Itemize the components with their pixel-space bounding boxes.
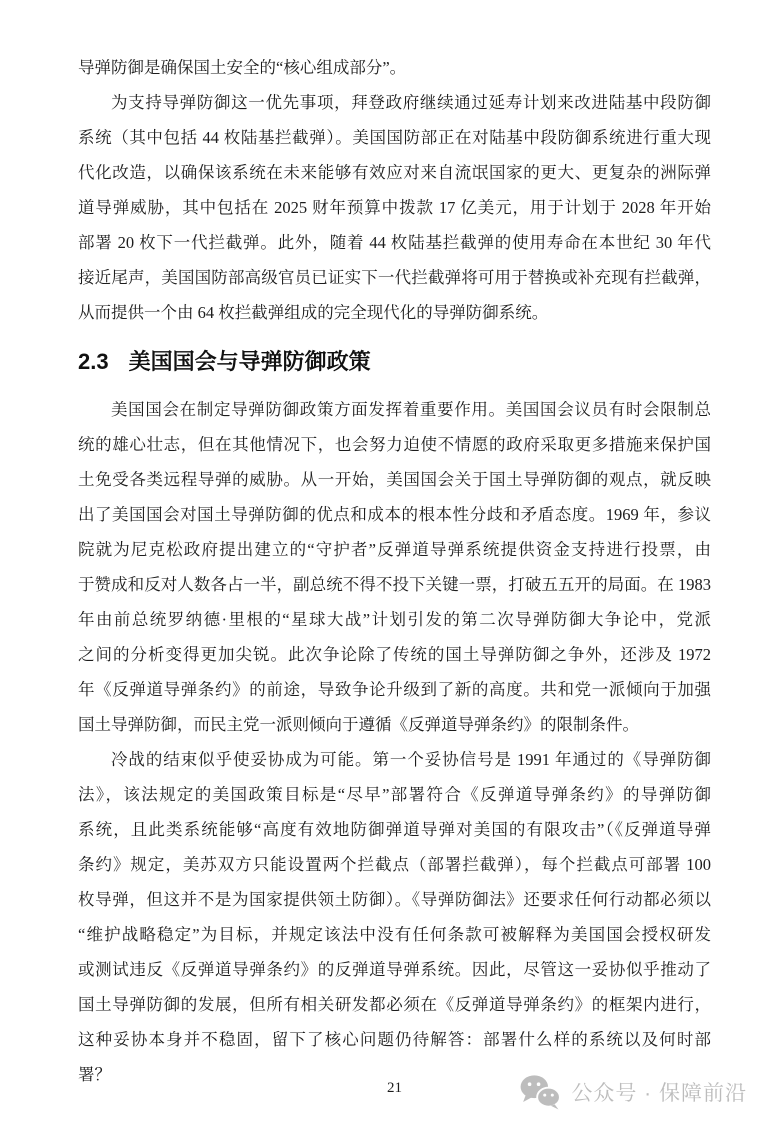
paragraph-cold-war-compromise: 冷战的结束似乎使妥协成为可能。第一个妥协信号是 1991 年通过的《导弹防御法》…	[78, 742, 711, 1092]
watermark: 公众号 · 保障前沿	[519, 1074, 747, 1110]
text-line: 年《反弹道导弹条约》的前途，导致争论升级到了新的高度。共和党一派倾向于加强	[78, 672, 711, 707]
text-line: 院就为尼克松政府提出建立的“守护者”反弹道导弹系统提供资金支持进行投票，由	[78, 532, 711, 567]
text-line: 代化改造，以确保该系统在未来能够有效应对来自流氓国家的更大、更复杂的洲际弹	[78, 155, 711, 190]
text-line: 出了美国国会对国土导弹防御的优点和成本的根本性分歧和矛盾态度。1969 年，参议	[78, 497, 711, 532]
text-line: 于赞成和反对人数各占一半，副总统不得不投下关键一票，打破五五开的局面。在 198…	[78, 567, 711, 602]
text-line: “维护战略稳定”为目标，并规定该法中没有任何条款可被解释为美国国会授权研发	[78, 917, 711, 952]
text-line: 条约》规定，美苏双方只能设置两个拦截点（部署拦截弹），每个拦截点可部署 100	[78, 847, 711, 882]
watermark-text: 公众号 · 保障前沿	[571, 1077, 747, 1107]
text-line: 系统，且此类系统能够“高度有效地防御弹道导弹对美国的有限攻击”（《反弹道导弹	[78, 812, 711, 847]
text-line: 导弹防御是确保国土安全的“核心组成部分”。	[78, 50, 711, 85]
text-line: 或测试违反《反弹道导弹条约》的反弹道导弹系统。因此，尽管这一妥协似乎推动了	[78, 952, 711, 987]
text-line: 之间的分析变得更加尖锐。此次争论除了传统的国土导弹防御之争外，还涉及 1972	[78, 637, 711, 672]
text-line: 国土导弹防御的发展，但所有相关研发都必须在《反弹道导弹条约》的框架内进行，	[78, 987, 711, 1022]
paragraph-congress-role: 美国国会在制定导弹防御政策方面发挥着重要作用。美国国会议员有时会限制总统的雄心壮…	[78, 392, 711, 742]
text-line: 冷战的结束似乎使妥协成为可能。第一个妥协信号是 1991 年通过的《导弹防御	[78, 742, 711, 777]
text-line: 为支持导弹防御这一优先事项，拜登政府继续通过延寿计划来改进陆基中段防御	[78, 85, 711, 120]
text-line: 这种妥协本身并不稳固，留下了核心问题仍待解答：部署什么样的系统以及何时部	[78, 1022, 711, 1057]
wechat-icon	[519, 1074, 561, 1110]
text-line: 土免受各类远程导弹的威胁。从一开始，美国国会关于国土导弹防御的观点，就反映	[78, 462, 711, 497]
text-line: 美国国会在制定导弹防御政策方面发挥着重要作用。美国国会议员有时会限制总	[78, 392, 711, 427]
text-line: 国土导弹防御，而民主党一派则倾向于遵循《反弹道导弹条约》的限制条件。	[78, 707, 711, 742]
text-line: 从而提供一个由 64 枚拦截弹组成的完全现代化的导弹防御系统。	[78, 295, 711, 330]
text-line: 统的雄心壮志，但在其他情况下，也会努力迫使不情愿的政府采取更多措施来保护国	[78, 427, 711, 462]
text-block: 导弹防御是确保国土安全的“核心组成部分”。 为支持导弹防御这一优先事项，拜登政府…	[78, 50, 711, 1092]
document-page: 导弹防御是确保国土安全的“核心组成部分”。 为支持导弹防御这一优先事项，拜登政府…	[0, 0, 779, 1125]
text-line: 法》，该法规定的美国政策目标是“尽早”部署符合《反弹道导弹条约》的导弹防御	[78, 777, 711, 812]
text-line: 部署 20 枚下一代拦截弹。此外，随着 44 枚陆基拦截弹的使用寿命在本世纪 3…	[78, 225, 711, 260]
paragraph-biden-administration: 为支持导弹防御这一优先事项，拜登政府继续通过延寿计划来改进陆基中段防御系统（其中…	[78, 85, 711, 330]
section-number: 2.3	[78, 345, 109, 379]
section-title: 美国国会与导弹防御政策	[129, 345, 371, 379]
text-line: 系统（其中包括 44 枚陆基拦截弹）。美国国防部正在对陆基中段防御系统进行重大现	[78, 120, 711, 155]
text-line: 接近尾声，美国国防部高级官员已证实下一代拦截弹将可用于替换或补充现有拦截弹，	[78, 260, 711, 295]
section-heading: 2.3 美国国会与导弹防御政策	[78, 345, 711, 379]
paragraph-continuation: 导弹防御是确保国土安全的“核心组成部分”。	[78, 50, 711, 85]
text-line: 枚导弹，但这并不是为国家提供领土防御）。《导弹防御法》还要求任何行动都必须以	[78, 882, 711, 917]
text-line: 道导弹威胁，其中包括在 2025 财年预算中拨款 17 亿美元，用于计划于 20…	[78, 190, 711, 225]
text-line: 年由前总统罗纳德·里根的“星球大战”计划引发的第二次导弹防御大争论中，党派	[78, 602, 711, 637]
